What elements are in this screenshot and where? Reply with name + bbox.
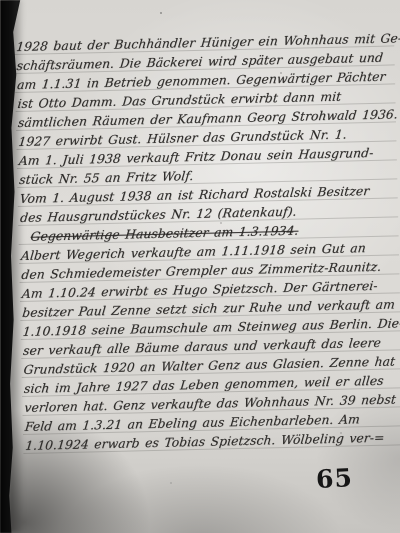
- page-number: 65: [315, 463, 353, 494]
- paper-speckles: [160, 12, 162, 14]
- manuscript-text-block: 1928 baut der Buchhändler Hüniger ein Wo…: [16, 30, 399, 456]
- scanned-page: 1928 baut der Buchhändler Hüniger ein Wo…: [0, 0, 400, 533]
